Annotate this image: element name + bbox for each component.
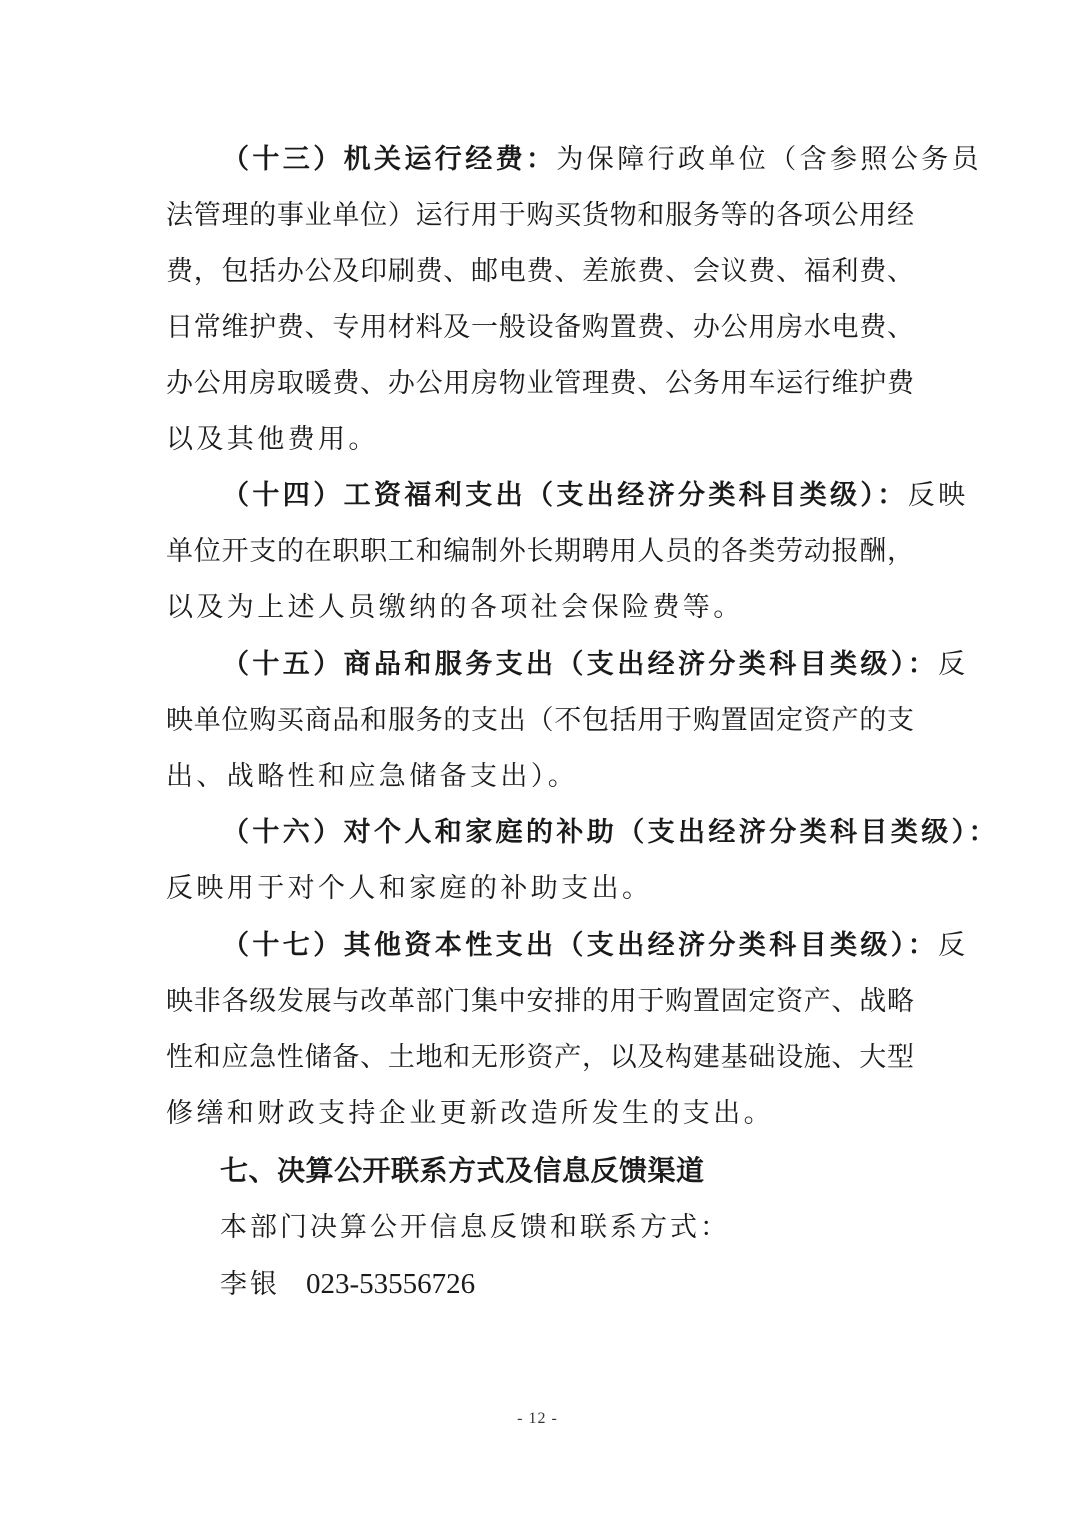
section-15-line-1: （十五）商品和服务支出（支出经济分类科目类级）：反 [222,645,914,685]
section-14-line-2: 单位开支的在职职工和编制外长期聘用人员的各类劳动报酬， [166,532,914,572]
section-13-line-4: 日常维护费、专用材料及一般设备购置费、办公用房水电费、 [166,308,914,348]
section-13-line-5: 办公用房取暖费、办公用房物业管理费、公务用车运行维护费 [166,364,914,404]
section-16-line-1: （十六）对个人和家庭的补助（支出经济分类科目类级）： [222,813,914,853]
section-14-line-3: 以及为上述人员缴纳的各项社会保险费等。 [166,588,914,628]
section-14-line-1: （十四）工资福利支出（支出经济分类科目类级）：反映 [222,476,914,516]
section-17-term: （十七）其他资本性支出（支出经济分类科目类级）： [222,930,938,961]
section-14-term: （十四）工资福利支出（支出经济分类科目类级）： [222,480,908,511]
section-13-line-1: （十三）机关运行经费：为保障行政单位（含参照公务员 [222,140,914,180]
contact-name: 李银 [220,1269,280,1300]
section-17-line-2: 映非各级发展与改革部门集中安排的用于购置固定资产、战略 [166,982,914,1022]
section-13-line-3: 费，包括办公及印刷费、邮电费、差旅费、会议费、福利费、 [166,252,914,292]
section-13-line-2: 法管理的事业单位）运行用于购买货物和服务等的各项公用经 [166,196,914,236]
section-17-line-4: 修缮和财政支持企业更新改造所发生的支出。 [166,1094,914,1134]
section-15-term: （十五）商品和服务支出（支出经济分类科目类级）： [222,649,938,680]
section-13-text: 为保障行政单位（含参照公务员 [556,144,982,175]
page-number: - 12 - [0,1410,1075,1428]
section-13-line-6: 以及其他费用。 [166,420,914,460]
section-14-text: 反映 [908,480,969,511]
section-15-line-3: 出、战略性和应急储备支出）。 [166,757,914,797]
section-17-line-1: （十七）其他资本性支出（支出经济分类科目类级）：反 [222,926,914,966]
contact-intro: 本部门决算公开信息反馈和联系方式： [220,1208,730,1248]
contact-phone: 023-53556726 [306,1268,475,1300]
chapter-heading: 七、决算公开联系方式及信息反馈渠道 [220,1149,720,1193]
section-17-text: 反 [938,930,968,961]
section-16-term: （十六）对个人和家庭的补助（支出经济分类科目类级）： [222,817,999,848]
section-17-line-3: 性和应急性储备、土地和无形资产，以及构建基础设施、大型 [166,1038,914,1078]
section-15-line-2: 映单位购买商品和服务的支出（不包括用于购置固定资产的支 [166,701,914,741]
section-16-line-2: 反映用于对个人和家庭的补助支出。 [166,869,914,909]
document-page: （十三）机关运行经费：为保障行政单位（含参照公务员 法管理的事业单位）运行用于购… [0,0,1075,1520]
contact-line: 李银023-53556726 [220,1264,475,1304]
section-15-text: 反 [938,649,968,680]
section-13-term: （十三）机关运行经费： [222,144,556,175]
